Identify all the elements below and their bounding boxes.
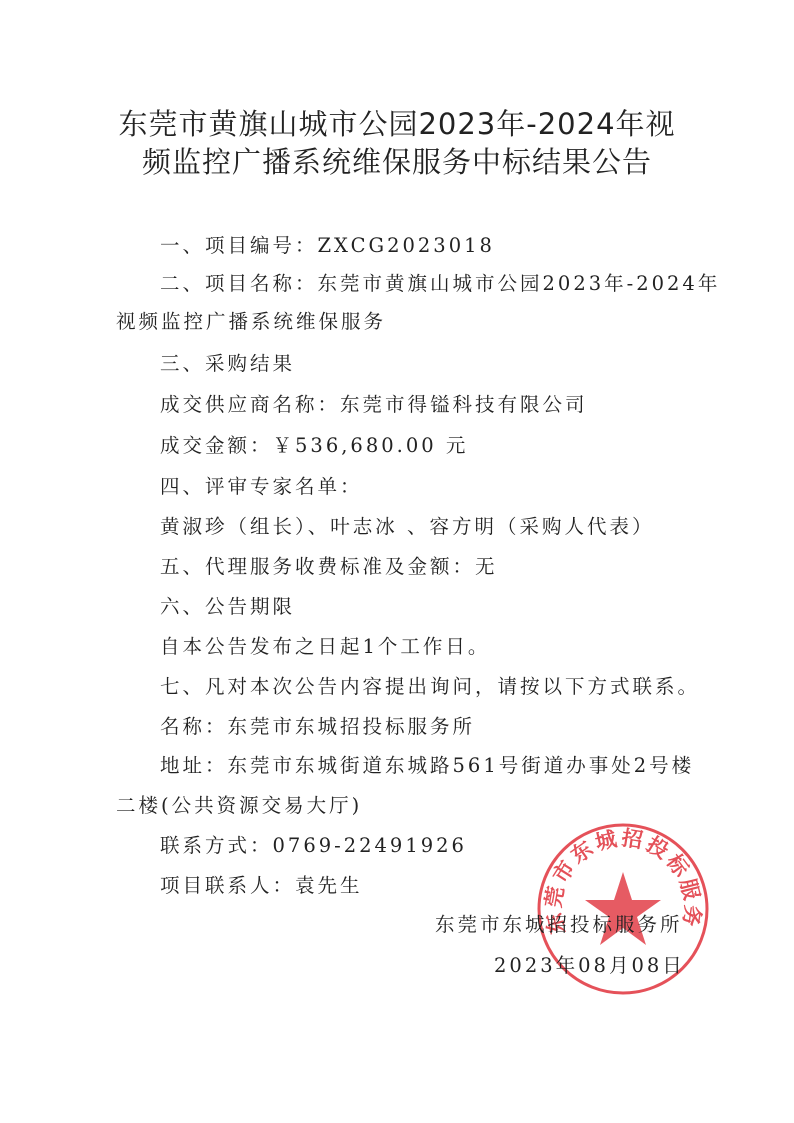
document-title-line-1: 东莞市黄旗山城市公园2023年-2024年视 — [0, 102, 794, 143]
contact-phone: 联系方式：0769-22491926 — [160, 830, 467, 858]
expert-list: 黄淑珍（组长）、叶志冰 、容方明（采购人代表） — [160, 511, 654, 539]
deal-amount: 成交金额：￥536,680.00 元 — [160, 430, 468, 458]
supplier-name: 成交供应商名称：东莞市得镒科技有限公司 — [160, 389, 588, 417]
project-name: 二、项目名称：东莞市黄旗山城市公园2023年-2024年 — [160, 268, 720, 296]
notice-period-text: 自本公告发布之日起1个工作日。 — [160, 631, 490, 659]
section-contact: 七、凡对本次公告内容提出询问，请按以下方式联系。 — [160, 671, 700, 699]
section-procurement-result: 三、采购结果 — [160, 348, 295, 376]
agency-fee: 五、代理服务收费标准及金额：无 — [160, 551, 498, 579]
contact-address-continued: 二楼(公共资源交易大厅) — [116, 790, 362, 818]
project-number: 一、项目编号：ZXCG2023018 — [160, 230, 495, 258]
signature-organization: 东莞市东城招投标服务所 — [435, 909, 683, 937]
contact-address: 地址：东莞市东城街道东城路561号街道办事处2号楼 — [160, 750, 694, 778]
signature-date: 2023年08月08日 — [494, 950, 685, 978]
document-title-line-2: 频监控广播系统维保服务中标结果公告 — [0, 140, 794, 181]
project-name-continued: 视频监控广播系统维保服务 — [116, 306, 386, 334]
section-notice-period: 六、公告期限 — [160, 591, 295, 619]
contact-person: 项目联系人：袁先生 — [160, 870, 363, 898]
contact-name: 名称：东莞市东城招投标服务所 — [160, 711, 475, 739]
section-review-experts: 四、评审专家名单： — [160, 471, 363, 499]
